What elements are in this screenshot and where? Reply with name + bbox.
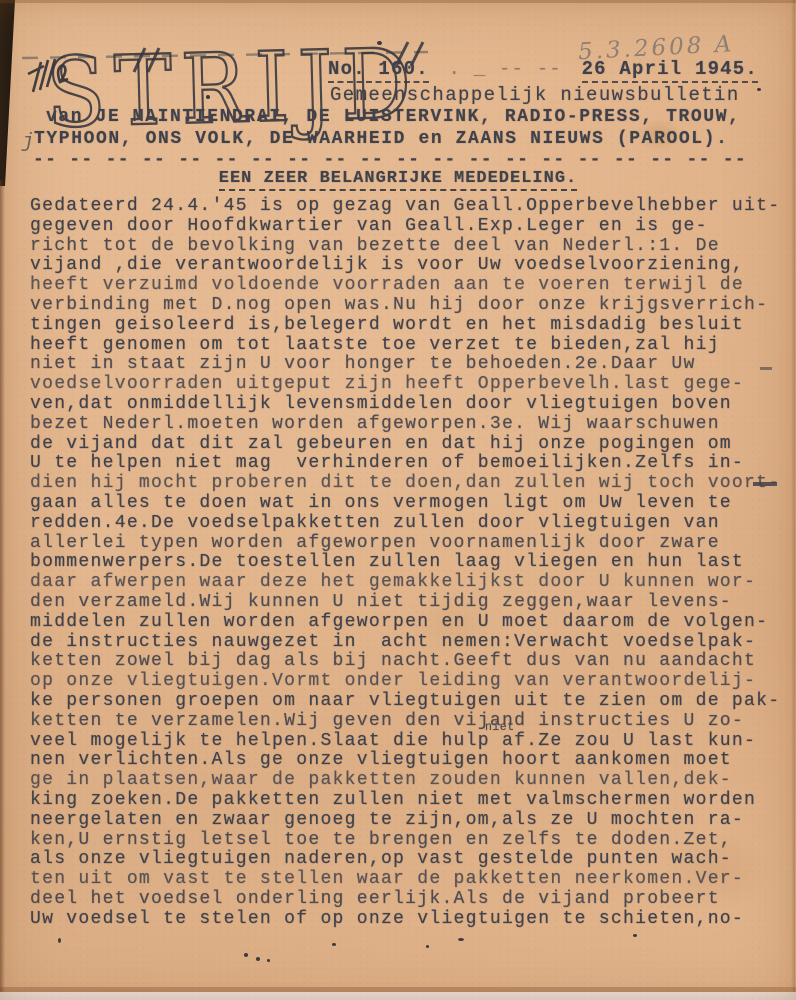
ink-speck: [757, 88, 761, 91]
article-body: Gedateerd 24.4.'45 is op gezag van Geall…: [30, 196, 790, 928]
article-line: allerlei typen worden afgeworpen voornam…: [30, 533, 790, 553]
article-line: nen verlichten.Als ge onze vliegtuigen h…: [30, 750, 790, 770]
paper-right-edge: [791, 0, 795, 992]
ink-speck: [256, 957, 260, 961]
dashed-separator: -- -- -- -- -- -- -- -- -- -- -- -- -- -…: [33, 150, 747, 170]
ink-speck: [244, 953, 248, 957]
article-line: deel het voedsel onderling eerlijk.Als d…: [30, 889, 790, 909]
source-papers-line-1: van JE MAINTIENDRAI, DE LUISTERVINK, RAD…: [46, 107, 741, 127]
article-line: als onze vliegtuigen naderen,op vast ges…: [30, 849, 790, 869]
article-line: niet in staat zijn U voor honger te beho…: [30, 354, 790, 374]
article-line: ketten zowel bij dag als bij nacht.Geeft…: [30, 651, 790, 671]
article-line: daar afwerpen waar deze het gemakkelijks…: [30, 572, 790, 592]
issue-date: 26 April 1945.: [582, 58, 758, 83]
issue-number: No. 160.: [328, 58, 429, 83]
ink-speck: [633, 934, 637, 937]
article-line: veel mogelijk te helpen.Slaat die hulp a…: [30, 731, 790, 751]
typed-insertion-above-line: niet: [485, 721, 515, 734]
ink-speck: [458, 938, 464, 941]
article-line: gaan alles te doen wat in ons vermogen l…: [30, 493, 790, 513]
scan-background-strip: [0, 992, 796, 1000]
article-line: dien hij mocht proberen dit te doen,dan …: [30, 473, 790, 493]
article-heading-row: EEN ZEER BELANGRIJKE MEDEDELING.: [0, 169, 796, 191]
article-heading: EEN ZEER BELANGRIJKE MEDEDELING.: [219, 169, 577, 191]
paper-top-edge: [0, 0, 796, 3]
article-line: king zoeken.De pakketten zullen niet met…: [30, 790, 790, 810]
typed-overrun-dash: [760, 367, 772, 370]
ink-speck: [267, 959, 270, 962]
article-line: redden.4e.De voedselpakketten zullen doo…: [30, 513, 790, 533]
article-line: richt tot de bevolking van bezette deel …: [30, 236, 790, 256]
issue-row: No. 160. . _ -- -- 26 April 1945.: [328, 58, 758, 83]
article-line: gegeven door Hoofdkwartier van Geall.Exp…: [30, 216, 790, 236]
article-line: ke personen groepen om naar vliegtuigen …: [30, 691, 790, 711]
article-line: bezet Nederl.moeten worden afgeworpen.3e…: [30, 414, 790, 434]
paper-left-edge: [0, 180, 5, 992]
article-line: vijand ,die verantwoordelijk is voor Uw …: [30, 255, 790, 275]
article-line: de instructies nauwgezet in acht nemen:V…: [30, 632, 790, 652]
article-line: den verzameld.Wij kunnen U niet tijdig z…: [30, 592, 790, 612]
article-line: heeft genomen om tot laatste toe verzet …: [30, 335, 790, 355]
typed-filler-dashes: . _ -- --: [448, 58, 561, 80]
typed-overrun-dash: [753, 482, 777, 486]
article-line: ven,dat onmiddellijk levensmiddelen door…: [30, 394, 790, 414]
ink-speck: [332, 943, 336, 946]
ink-speck: [58, 938, 61, 943]
ink-speck: [426, 945, 429, 948]
article-line: heeft verzuimd voldoende voorraden aan t…: [30, 275, 790, 295]
masthead-subtitle: Gemeenschappelijk nieuwsbulletin: [330, 84, 740, 106]
article-line: ketten te verzamelen.Wij geven den vijan…: [30, 711, 790, 731]
article-line: tingen geisoleerd is,belegerd wordt en h…: [30, 315, 790, 335]
article-line: middelen zullen worden afgeworpen en U m…: [30, 612, 790, 632]
article-line: op onze vliegtuigen.Vormt onder leiding …: [30, 671, 790, 691]
article-line: Gedateerd 24.4.'45 is op gezag van Geall…: [30, 196, 790, 216]
article-line: verbinding met D.nog open was.Nu hij doo…: [30, 295, 790, 315]
article-line: U te helpen niet mag verhinderen of bemo…: [30, 453, 790, 473]
scanned-document-page: STRIJD 5.3.2608 A No. 160. . _ -- -- 26 …: [0, 0, 796, 1000]
article-line: de vijand dat dit zal gebeuren en dat hi…: [30, 434, 790, 454]
article-line: ken,U ernstig letsel toe te brengen en z…: [30, 830, 790, 850]
source-papers-line-2: TYPHOON, ONS VOLK, DE WAARHEID en ZAANS …: [34, 129, 729, 149]
article-line: ge in plaatsen,waar de pakketten zouden …: [30, 770, 790, 790]
article-line: neergelaten en zwaar genoeg te zijn,om,a…: [30, 810, 790, 830]
article-line: voedselvoorraden uitgeput zijn heeft Opp…: [30, 374, 790, 394]
article-line: Uw voedsel te stelen of op onze vliegtui…: [30, 909, 790, 929]
article-line: ten uit om vast te stellen waar de pakke…: [30, 869, 790, 889]
article-line: bommenwerpers.De toestellen zullen laag …: [30, 552, 790, 572]
